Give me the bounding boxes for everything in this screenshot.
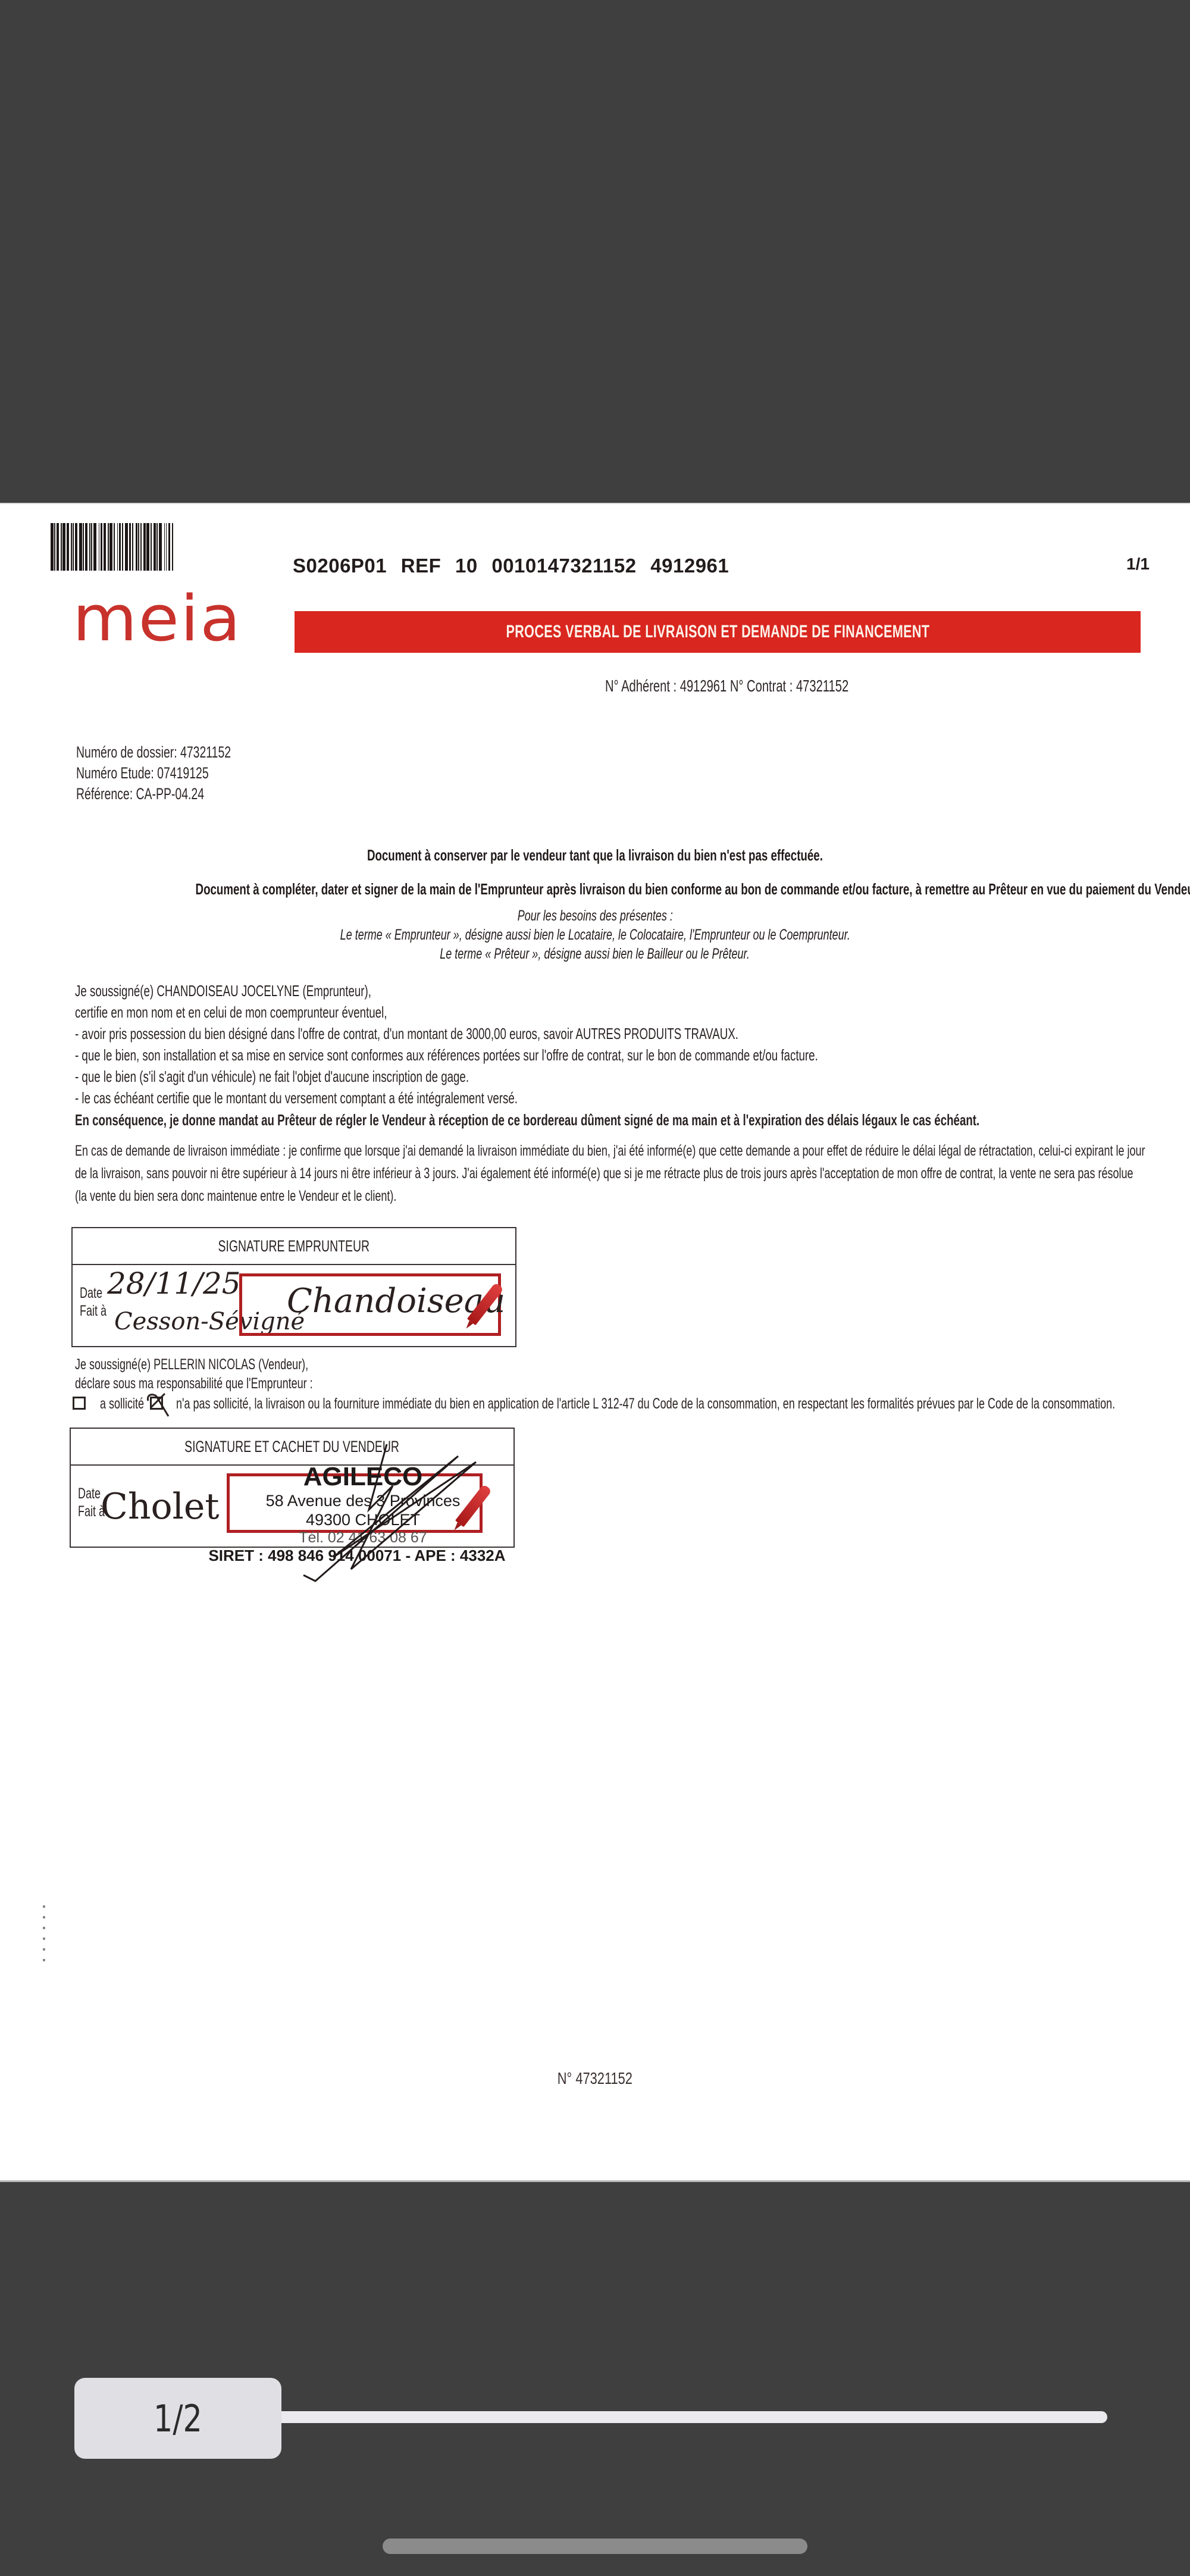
- place-label: Fait à: [80, 1303, 107, 1320]
- borrower-signature-title: SIGNATURE EMPRUNTEUR: [73, 1228, 515, 1265]
- borrower-statement: Je soussigné(e) CHANDOISEAU JOCELYNE (Em…: [75, 980, 1107, 1109]
- reference-line: S0206P01 REF 10 0010147321152 4912961: [293, 555, 729, 577]
- file-info: Numéro de dossier: 47321152 Numéro Etude…: [76, 742, 291, 805]
- vendor-statement: Je soussigné(e) PELLERIN NICOLAS (Vendeu…: [75, 1355, 405, 1393]
- etude-number: Numéro Etude: 07419125: [76, 763, 231, 784]
- notice-keep: Document à conserver par le vendeur tant…: [0, 846, 1190, 865]
- borrower-signature-box: SIGNATURE EMPRUNTEUR Date Fait à 28/11/2…: [71, 1227, 516, 1347]
- document-page: S0206P01 REF 10 0010147321152 4912961 1/…: [0, 503, 1190, 2182]
- definition-emprunteur: Le terme « Emprunteur », désigne aussi b…: [0, 927, 1190, 944]
- document-title: PROCES VERBAL DE LIVRAISON ET DEMANDE DE…: [506, 622, 929, 642]
- statement-line: - que le bien, son installation et sa mi…: [75, 1044, 818, 1066]
- dossier-number: Numéro de dossier: 47321152: [76, 742, 231, 763]
- statement-line: certifie en mon nom et en celui de mon c…: [75, 1001, 818, 1023]
- document-title-bar: PROCES VERBAL DE LIVRAISON ET DEMANDE DE…: [295, 611, 1141, 653]
- adherent-contract-numbers: N° Adhérent : 4912961 N° Contrat : 47321…: [605, 677, 848, 696]
- date-label: Date: [80, 1285, 102, 1302]
- not-requested-label: n'a pas sollicité, la livraison ou la fo…: [176, 1395, 1190, 1413]
- reference: Référence: CA-PP-04.24: [76, 784, 231, 805]
- check-mark-icon: [145, 1390, 180, 1420]
- mandate-statement: En conséquence, je donne mandat au Prête…: [75, 1111, 1190, 1129]
- statement-line: - que le bien (s'il s'agit d'un véhicule…: [75, 1066, 818, 1087]
- notice-complete: Document à compléter, dater et signer de…: [0, 880, 1190, 899]
- statement-line: Je soussigné(e) CHANDOISEAU JOCELYNE (Em…: [75, 980, 818, 1001]
- footer-contract-number: N° 47321152: [0, 2069, 1190, 2088]
- immediate-delivery-statement: En cas de demande de livraison immédiate…: [75, 1140, 1190, 1207]
- vendor-signature-scribble: [280, 1438, 494, 1587]
- page-scrubber[interactable]: [281, 2411, 1107, 2423]
- requested-checkbox[interactable]: [73, 1397, 86, 1410]
- margin-dots: [43, 1905, 46, 1970]
- meia-logo: meia: [73, 587, 242, 650]
- date-label: Date: [78, 1485, 101, 1503]
- definition-preteur: Le terme « Prêteur », désigne aussi bien…: [0, 946, 1190, 963]
- handwritten-place: Cholet: [101, 1486, 219, 1528]
- definitions-title: Pour les besoins des présentes :: [0, 907, 1190, 925]
- page-indicator[interactable]: 1/2: [74, 2378, 281, 2459]
- not-requested-checkbox[interactable]: [150, 1397, 163, 1410]
- statement-line: - avoir pris possession du bien désigné …: [75, 1023, 818, 1044]
- barcode: [51, 523, 247, 571]
- page-of-label: 1/1: [1126, 555, 1150, 574]
- home-indicator[interactable]: [383, 2539, 807, 2554]
- statement-line: - le cas échéant certifie que le montant…: [75, 1087, 818, 1109]
- handwritten-date: 28/11/25: [107, 1266, 241, 1301]
